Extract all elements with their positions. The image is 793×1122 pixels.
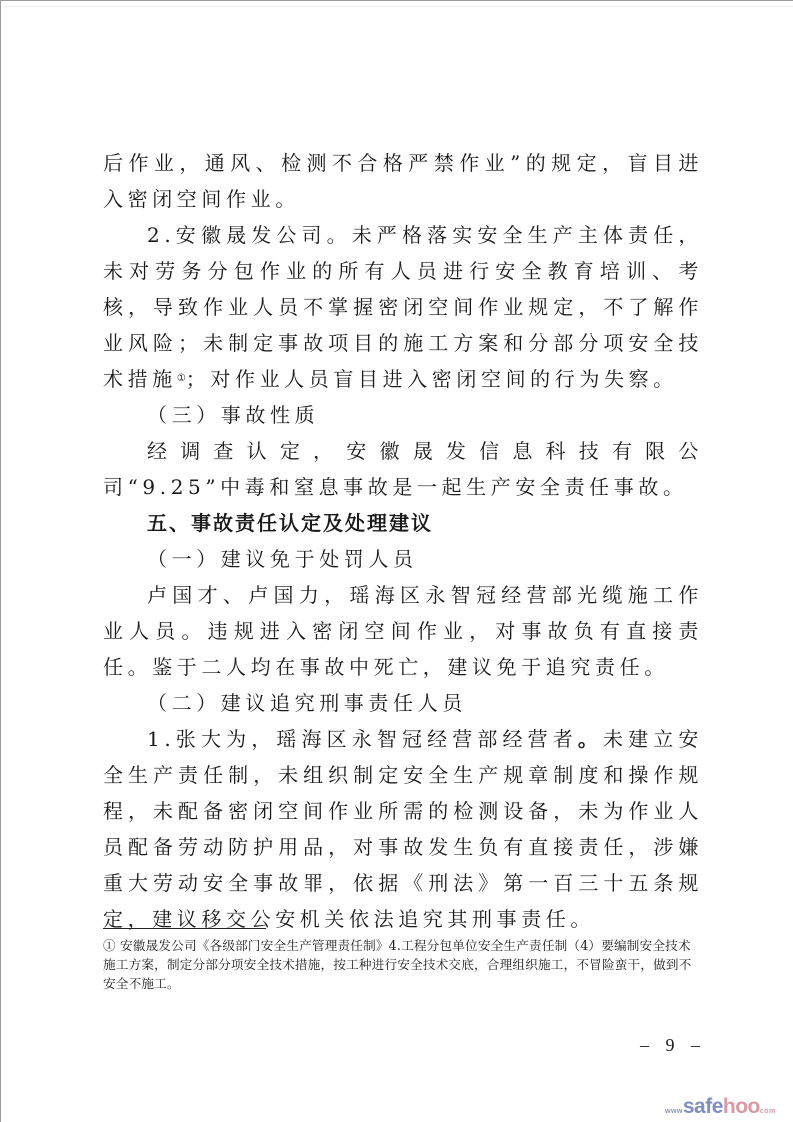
watermark-www: www bbox=[665, 1108, 683, 1115]
paragraph-text: 1.张大为，瑶海区永智冠经营部经营者 bbox=[147, 727, 578, 751]
page-number: – 9 – bbox=[640, 1035, 706, 1056]
paragraph-text: 2.安徽晟发公司。未严格落实安全生产主体责任，未对劳务分包作业的所有人员进行安全… bbox=[103, 223, 703, 391]
document-body: 后作业，通风、检测不合格严禁作业”的规定，盲目进入密闭空间作业。 2.安徽晟发公… bbox=[103, 145, 703, 937]
section-heading-accident-nature: （三）事故性质 bbox=[103, 397, 703, 433]
section-heading-responsibility: 五、事故责任认定及处理建议 bbox=[103, 505, 703, 541]
page-border-top bbox=[0, 0, 793, 1]
footnote-reference[interactable]: ① bbox=[177, 373, 186, 384]
paragraph-exempt-persons: 卢国才、卢国力，瑶海区永智冠经营部光缆施工作业人员。违规进入密闭空间作业，对事故… bbox=[103, 577, 703, 685]
footnote-separator bbox=[103, 928, 266, 929]
paragraph-continuation: 后作业，通风、检测不合格严禁作业”的规定，盲目进入密闭空间作业。 bbox=[103, 145, 703, 217]
page-border-left bbox=[0, 0, 1, 1122]
page-inner-rule bbox=[5, 6, 793, 7]
subheading-exempt-persons: （一）建议免于处罚人员 bbox=[103, 541, 703, 577]
subheading-criminal-liability: （二）建议追究刑事责任人员 bbox=[103, 685, 703, 721]
paragraph-text-after: ；对作业人员盲目进入密闭空间的行为失察。 bbox=[186, 367, 678, 391]
bold-period: 。 bbox=[578, 727, 603, 751]
paragraph-zhang-dawei: 1.张大为，瑶海区永智冠经营部经营者。未建立安全生产责任制，未组织制定安全生产规… bbox=[103, 721, 703, 937]
watermark-safe: safe bbox=[683, 1095, 723, 1118]
footnote: ① 安徽晟发公司《各级部门安全生产管理责任制》4.工程分包单位安全生产责任制（4… bbox=[103, 936, 693, 993]
watermark-hoo: hoo bbox=[723, 1095, 760, 1118]
paragraph-accident-nature: 经调查认定，安徽晟发信息科技有限公司“9.25”中毒和窒息事故是一起生产安全责任… bbox=[103, 433, 703, 505]
paragraph-anhui-shengfa-company: 2.安徽晟发公司。未严格落实安全生产主体责任，未对劳务分包作业的所有人员进行安全… bbox=[103, 217, 703, 397]
watermark-com: com bbox=[760, 1108, 776, 1115]
paragraph-text-after: 未建立安全生产责任制，未组织制定安全生产规章制度和操作规程，未配备密闭空间作业所… bbox=[103, 727, 703, 931]
safehoo-watermark-logo: wwwsafehoocom bbox=[665, 1095, 776, 1119]
